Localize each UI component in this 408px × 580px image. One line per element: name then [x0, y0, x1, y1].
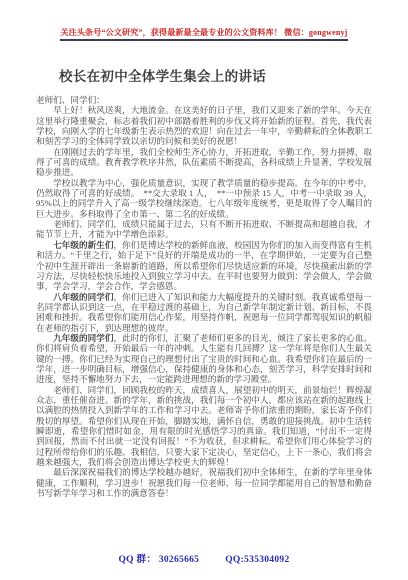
- paragraph-grade8: 八年级的同学们，你们已进入了知识和能力大幅度提升的关键时刻。我真诚希望每一名同学…: [36, 292, 372, 333]
- paragraph: 早上好！秋风送爽，大地流金。在这美好的日子里，我们又迎来了新的学年。今天在这里举…: [36, 105, 372, 146]
- paragraph-lead: 七年级的新生们: [53, 240, 113, 250]
- paragraph-lead: 九年级的同学们: [53, 333, 113, 343]
- paragraph: 在刚刚过去的学年里，我们全校师生齐心协力，开拓进取，辛勤工作，努力拼搏，取得了可…: [36, 147, 372, 178]
- paragraph-lead: 八年级的同学们: [53, 292, 113, 302]
- speech-body: 老师们、同学们： 早上好！秋风送爽，大地流金。在这美好的日子里，我们又迎来了新的…: [36, 95, 372, 498]
- qq-group-number: QQ 群： 30265665: [118, 555, 199, 565]
- contact-footer: QQ 群： 30265665QQ:535304092: [0, 551, 408, 565]
- paragraph-grade9: 九年级的同学们，此时的你们，汇聚了老师们更多的目光，倾注了家长更多的心血。你们将…: [36, 333, 372, 385]
- qq-number: QQ:535304092: [225, 555, 289, 565]
- promo-header: 关注头条号“公文研究”，获得最新最全最专业的公文资料库！ 微信：gongweny…: [60, 27, 348, 41]
- paragraph-grade7: 七年级的新生们，你们是博达学校的新鲜血液，校园因为你们的加入而变得富有生机和活力…: [36, 240, 372, 292]
- document-page: 关注头条号“公文研究”，获得最新最全最专业的公文资料库！ 微信：gongweny…: [0, 0, 408, 580]
- paragraph: 最后深深祝福我们的博达学校越办越好，祝福我们初中全体师生，在新的学年里身体健康，…: [36, 467, 372, 498]
- page-title: 校长在初中全体学生集会上的讲话: [36, 65, 372, 85]
- paragraph: 老师们、同学们，成绩只能属于过去，只有不断开拓进取、不断提高和超越自我，才能节节…: [36, 219, 372, 240]
- paragraph: 学校以教学为中心，强化质量意识，实现了教学质量的稳步提高。在今年的中考中，仍然取…: [36, 178, 372, 219]
- salutation: 老师们、同学们：: [36, 95, 372, 105]
- paragraph: 老师们、同学们，回顾我校的昨天，成绩喜人，展望初中的明天，前景灿烂！辉煌凝众志，…: [36, 385, 372, 468]
